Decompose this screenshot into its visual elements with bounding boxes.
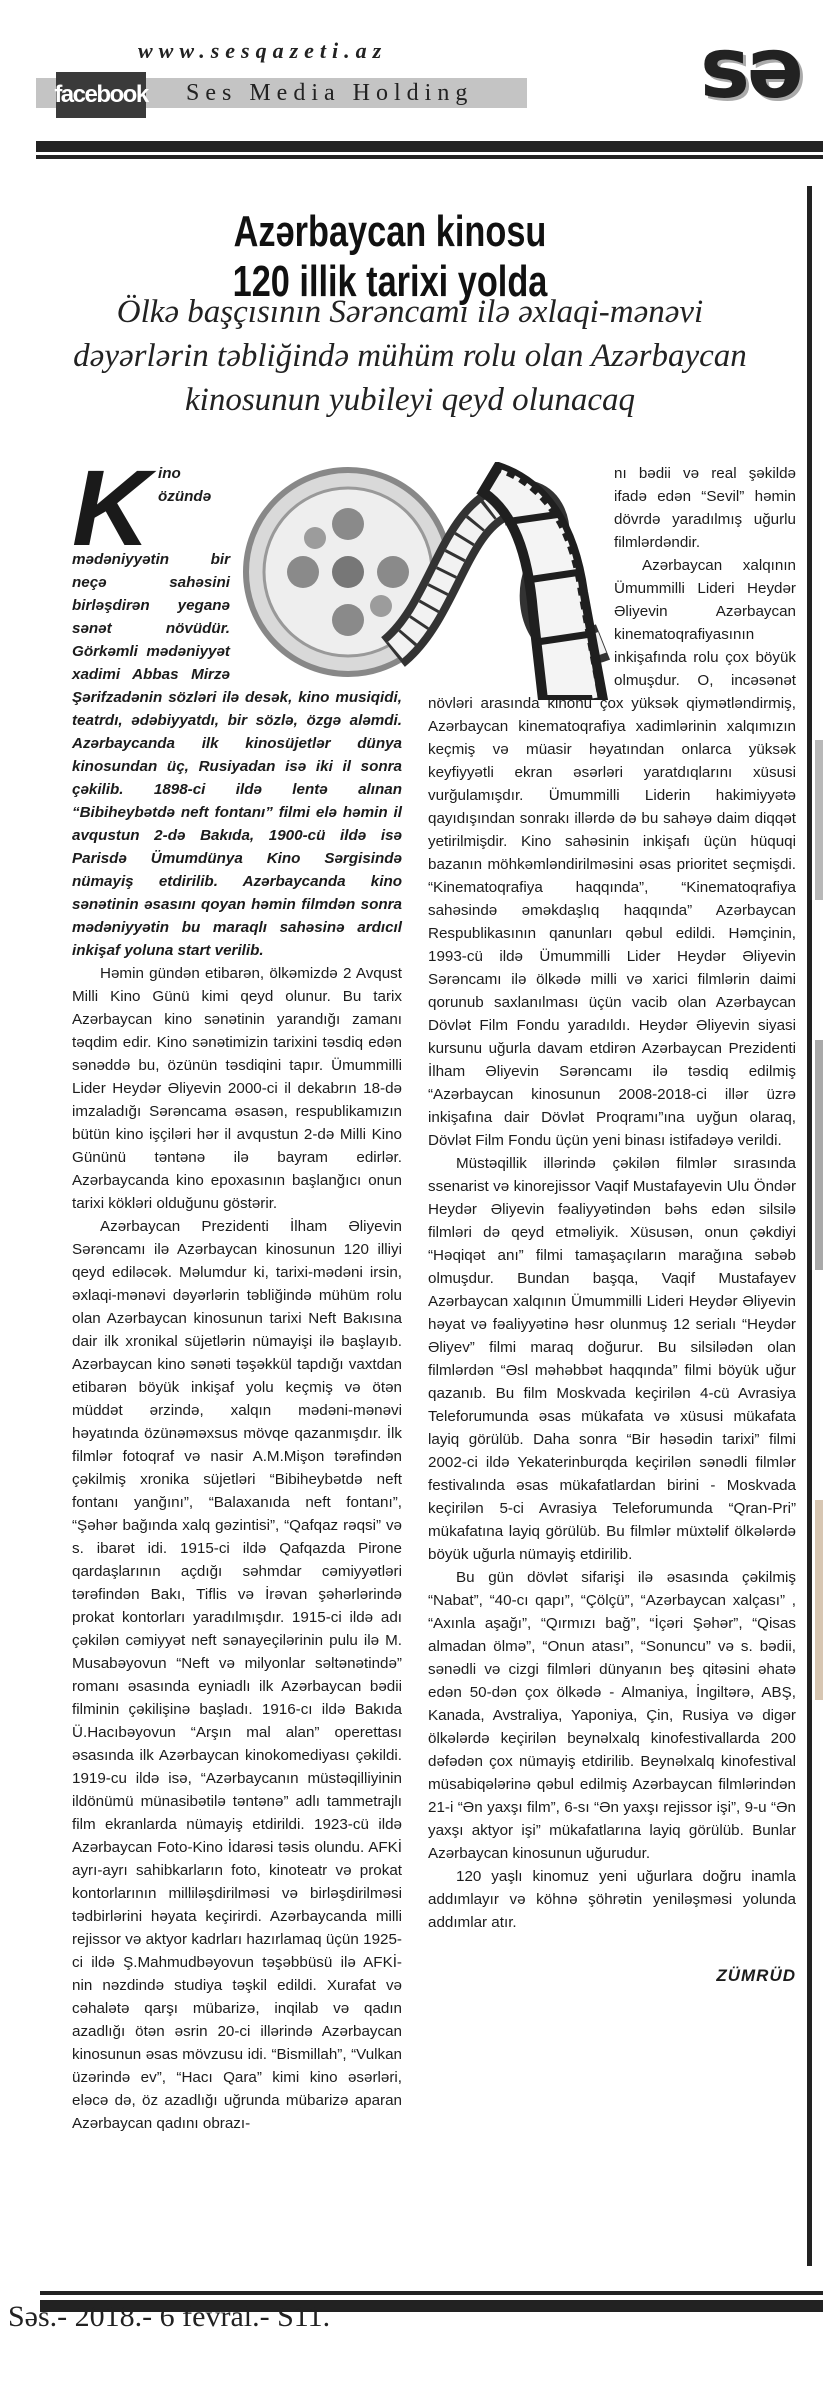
article-subtitle: Ölkə başçısının Sərəncamı ilə əxlaqi-mən…	[50, 290, 770, 422]
holding-name: Ses Media Holding	[186, 78, 473, 108]
image-wrap-spacer	[428, 462, 614, 692]
drop-cap: K	[72, 468, 150, 548]
adjacent-page-photo-sliver	[815, 740, 823, 900]
article-title-line-1: Azərbaycan kinosu	[86, 207, 694, 257]
article-paragraph: Azərbaycan Prezidenti İlham Əliyevin Sər…	[72, 1215, 402, 2135]
author-byline: ZÜMRÜD	[428, 1964, 796, 1987]
masthead-rule-thick	[36, 141, 823, 152]
adjacent-page-photo-sliver	[815, 1040, 823, 1270]
article-left-column: Kino özündə mədəniyyətin bir neçə sahəsi…	[72, 462, 402, 2135]
newspaper-logo: sə	[700, 26, 801, 110]
source-caption: Səs.- 2018.- 6 fevral.- S11.	[8, 2300, 330, 2334]
facebook-label: facebook	[54, 81, 147, 109]
article-paragraph: Bu gün dövlət sifarişi ilə əsasında çəki…	[428, 1566, 796, 1865]
site-url[interactable]: www.sesqazeti.az	[138, 38, 387, 64]
column-divider	[807, 186, 812, 2266]
image-wrap-spacer	[230, 462, 402, 684]
adjacent-page-photo-sliver	[815, 1500, 823, 1700]
facebook-badge[interactable]: facebook	[56, 72, 146, 118]
article-right-column: nı bədii və real şəkildə ifadə edən “Sev…	[428, 462, 796, 1987]
article-paragraph: 120 yaşlı kinomuz yeni uğurlara doğru in…	[428, 1865, 796, 1934]
footer-rule-thin	[40, 2291, 823, 2295]
masthead-rule-thin	[36, 155, 823, 159]
article-paragraph: Həmin gündən etibarən, ölkəmizdə 2 Avqus…	[72, 962, 402, 1215]
article-paragraph: Müstəqillik illərində çəkilən filmlər sı…	[428, 1152, 796, 1566]
